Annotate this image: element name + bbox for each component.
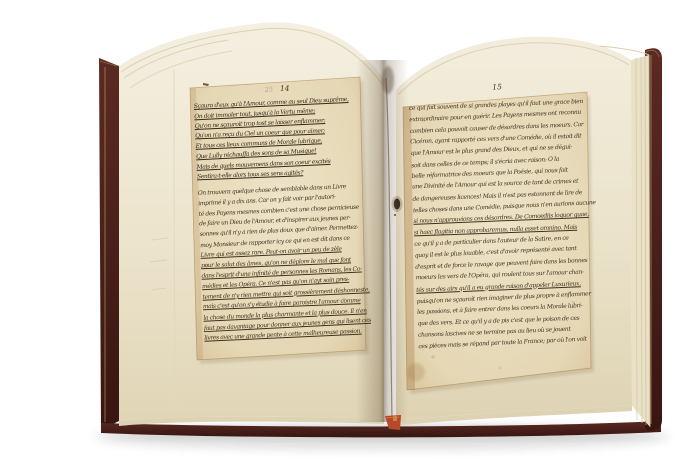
fore-edge-stack — [631, 55, 650, 427]
photo-canvas: 25 14 Sçaura d'eux qu'à l'Amour, comme a… — [0, 0, 700, 468]
folio-mark: 25 — [265, 85, 274, 93]
left-page-text: 25 14 Sçaura d'eux qu'à l'Amour, comme a… — [193, 80, 372, 344]
right-page-text: 15 ce qui fait souvent de si grandes pla… — [408, 79, 597, 352]
verse-block: Sçaura d'eux qu'à l'Amour, comme au seul… — [194, 94, 365, 182]
prose-block-right: ce qui fait souvent de si grandes playes… — [409, 96, 597, 353]
page-number-left: 14 — [280, 84, 290, 93]
prose-block-left: On trouvera quelque chose de semblable d… — [198, 181, 373, 345]
page-number-right: 15 — [492, 82, 502, 91]
